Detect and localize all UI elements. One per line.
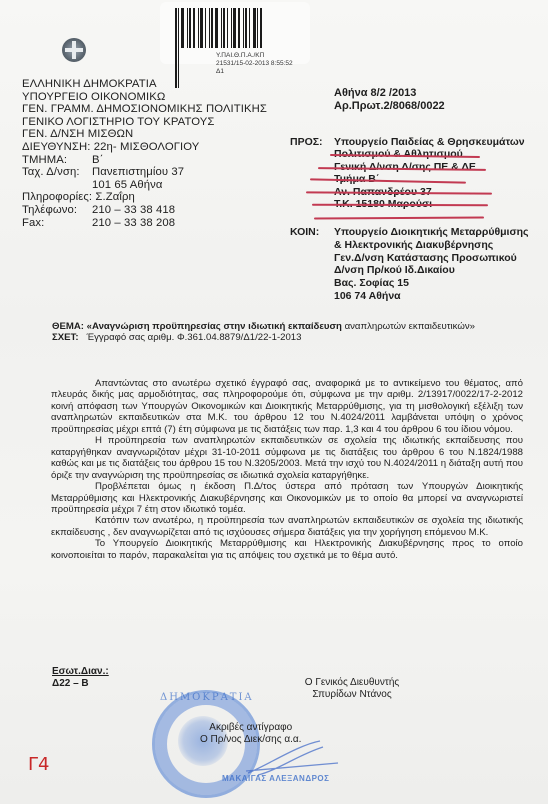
info-row: Πληροφορίες: Σ.Ζαΐρη (22, 191, 267, 204)
signer-name-stamp: ΜΑΚΑΙΓΑΣ ΑΛΕΞΑΝΔΡΟΣ (222, 774, 329, 783)
registry-line-2: 21531/15-02-2013 8:55:52 (216, 60, 293, 68)
certified-copy-line: Ακριβές αντίγραφο (200, 722, 301, 734)
barcode-bar (243, 8, 244, 48)
address-row: Ταχ. Δ/νση:Πανεπιστημίου 37 (22, 166, 267, 179)
barcode-icon (175, 8, 267, 48)
info-value: Σ.Ζαΐρη (95, 191, 134, 203)
strike-line (314, 217, 484, 219)
signatory-name: Σπυρίδων Ντάνος (262, 689, 442, 701)
signatory-title: Ο Γενικός Διευθυντής (262, 677, 442, 689)
barcode-bar (175, 8, 177, 48)
sender-line: ΓΕΝ. Δ/ΝΣΗ ΜΙΣΘΩΝ (22, 128, 267, 141)
barcode-bar (189, 8, 191, 48)
department-label: ΤΜΗΜΑ: (22, 154, 92, 167)
barcode-bar (223, 8, 225, 48)
cc-line: Βας. Σοφίας 15 (334, 277, 529, 290)
barcode-bar (253, 8, 256, 48)
barcode-bar (178, 8, 179, 48)
body-paragraph: Η προϋπηρεσία των αναπληρωτών εκπαιδευτι… (51, 435, 523, 481)
protocol-number: Αρ.Πρωτ.2/8068/0022 (334, 100, 445, 113)
address-label: Ταχ. Δ/νση: (22, 166, 92, 179)
body-paragraph: Το Υπουργείο Διοικητικής Μεταρρύθμισης κ… (51, 538, 523, 561)
document-page: Υ.ΠΑΙ.Θ.Π.Α./ΚΠ 21531/15-02-2013 8:55:52… (0, 0, 548, 804)
phone-label: Τηλέφωνο: (22, 204, 92, 217)
cc-block: Υπουργείο Διοικητικής Μεταρρύθμισης & Ηλ… (334, 226, 529, 303)
internal-distribution: Εσωτ.Διαν.: Δ22 – Β (52, 666, 109, 689)
subject-bold-text: «Αναγνώριση προϋπηρεσίας στην ιδιωτική ε… (87, 321, 342, 332)
phone-row: Τηλέφωνο:210 – 33 38 418 (22, 204, 267, 217)
barcode-bar (260, 8, 262, 48)
registry-stamp: Υ.ΠΑΙ.Θ.Π.Α./ΚΠ 21531/15-02-2013 8:55:52… (216, 52, 293, 76)
barcode-bar (221, 8, 222, 48)
info-label: Πληροφορίες: (22, 191, 92, 203)
sender-line: ΕΛΛΗΝΙΚΗ ΔΗΜΟΚΡΑΤΙΑ (22, 78, 267, 91)
handwritten-mark: Γ4 (28, 754, 49, 775)
fax-label: Fax: (22, 217, 92, 230)
barcode-bar (193, 8, 195, 48)
body-paragraph: Προβλέπεται όμως η έκδοση Π.Δ/τος ύστερα… (51, 481, 523, 515)
recipient-line: Υπουργείο Παιδείας & Θρησκευμάτων (334, 136, 525, 148)
barcode-bar (181, 8, 184, 48)
department-row: ΤΜΗΜΑ:Β΄ (22, 154, 267, 167)
subject-label: ΘΕΜΑ: (52, 321, 84, 332)
fax-value: 210 – 33 38 208 (92, 217, 175, 229)
date-line: Αθήνα 8/2 /2013 (334, 87, 445, 100)
cc-label: ΚΟΙΝ: (290, 226, 319, 238)
phone-value: 210 – 33 38 418 (92, 204, 175, 216)
sender-line: ΓΕΝΙΚΟ ΛΟΓΙΣΤΗΡΙΟ ΤΟΥ ΚΡΑΤΟΥΣ (22, 116, 267, 129)
seal-text: ΔΗΜΟΚΡΑΤΙΑ (160, 692, 250, 703)
date-block: Αθήνα 8/2 /2013 Αρ.Πρωτ.2/8068/0022 (334, 87, 445, 113)
barcode-bar (215, 8, 218, 48)
barcode-bar (227, 8, 228, 48)
barcode-bar (257, 8, 258, 48)
internal-distribution-value: Δ22 – Β (52, 678, 109, 690)
sender-line: ΓΕΝ. ΓΡΑΜΜ. ΔΗΜΟΣΙΟΝΟΜΙΚΗΣ ΠΟΛΙΤΙΚΗΣ (22, 103, 267, 116)
barcode-bar (245, 8, 247, 48)
registry-line-3: Δ1 (216, 68, 293, 76)
barcode-bar (231, 8, 232, 48)
subject-block: ΘΕΜΑ: «Αναγνώριση προϋπηρεσίας στην ιδιω… (52, 321, 522, 343)
subject-line: ΘΕΜΑ: «Αναγνώριση προϋπηρεσίας στην ιδιω… (52, 321, 522, 332)
signatory-block: Ο Γενικός Διευθυντής Σπυρίδων Ντάνος (262, 677, 442, 701)
barcode-bar (209, 8, 210, 48)
recipient-block: Υπουργείο Παιδείας & Θρησκευμάτων Πολιτι… (334, 136, 525, 210)
body-paragraph: Απαντώντας στο ανωτέρω σχετικό έγγραφό σ… (51, 378, 523, 435)
address-line-1: Πανεπιστημίου 37 (92, 166, 184, 178)
reference-line: ΣΧΕΤ: Έγγραφό σας αριθμ. Φ.361.04.8879/Δ… (52, 332, 522, 343)
greek-emblem-icon (62, 38, 86, 62)
fax-row: Fax:210 – 33 38 208 (22, 217, 267, 230)
body-paragraph: Κατόπιν των ανωτέρω, η προϋπηρεσία των α… (51, 515, 523, 538)
internal-distribution-label: Εσωτ.Διαν.: (52, 666, 109, 678)
registry-line-1: Υ.ΠΑΙ.Θ.Π.Α./ΚΠ (216, 52, 293, 60)
address-line-2: 101 65 Αθήνα (22, 179, 267, 192)
sender-line: ΥΠΟΥΡΓΕΙΟ ΟΙΚΟΝΟΜΙΚΩ (22, 91, 267, 104)
barcode-bar (205, 8, 206, 48)
barcode-bar (233, 8, 236, 48)
barcode-bar (238, 8, 240, 48)
department-value: Β΄ (92, 154, 104, 166)
subject-normal-text: αναπληρωτών εκπαιδευτικών» (342, 321, 475, 332)
letter-body: Απαντώντας στο ανωτέρω σχετικό έγγραφό σ… (51, 378, 523, 561)
sender-line: ΔΙΕΥΘΥΝΣΗ: 22η- ΜΙΣΘΟΛΟΓΙΟΥ (22, 141, 267, 154)
barcode-bar (211, 8, 213, 48)
cc-line: Δ/νση Πρ/κού Ιδ.Δικαίου (334, 264, 529, 277)
cc-line: 106 74 Αθήνα (334, 290, 529, 303)
barcode-bar (198, 8, 199, 48)
reference-text: Έγγραφό σας αριθμ. Φ.361.04.8879/Δ1/22-1… (87, 332, 302, 343)
sender-block: ΕΛΛΗΝΙΚΗ ΔΗΜΟΚΡΑΤΙΑ ΥΠΟΥΡΓΕΙΟ ΟΙΚΟΝΟΜΙΚΩ… (22, 78, 267, 229)
cc-line: Γεν.Δ/νση Κατάστασης Προσωπικού (334, 252, 529, 265)
barcode-bar (249, 8, 250, 48)
reference-label: ΣΧΕΤ: (52, 332, 79, 343)
barcode-bar (187, 8, 188, 48)
cc-line: Υπουργείο Διοικητικής Μεταρρύθμισης (334, 226, 529, 239)
recipient-label: ΠΡΟΣ: (290, 136, 323, 148)
cc-line: & Ηλεκτρονικής Διακυβέρνησης (334, 239, 529, 252)
barcode-bar (200, 8, 203, 48)
